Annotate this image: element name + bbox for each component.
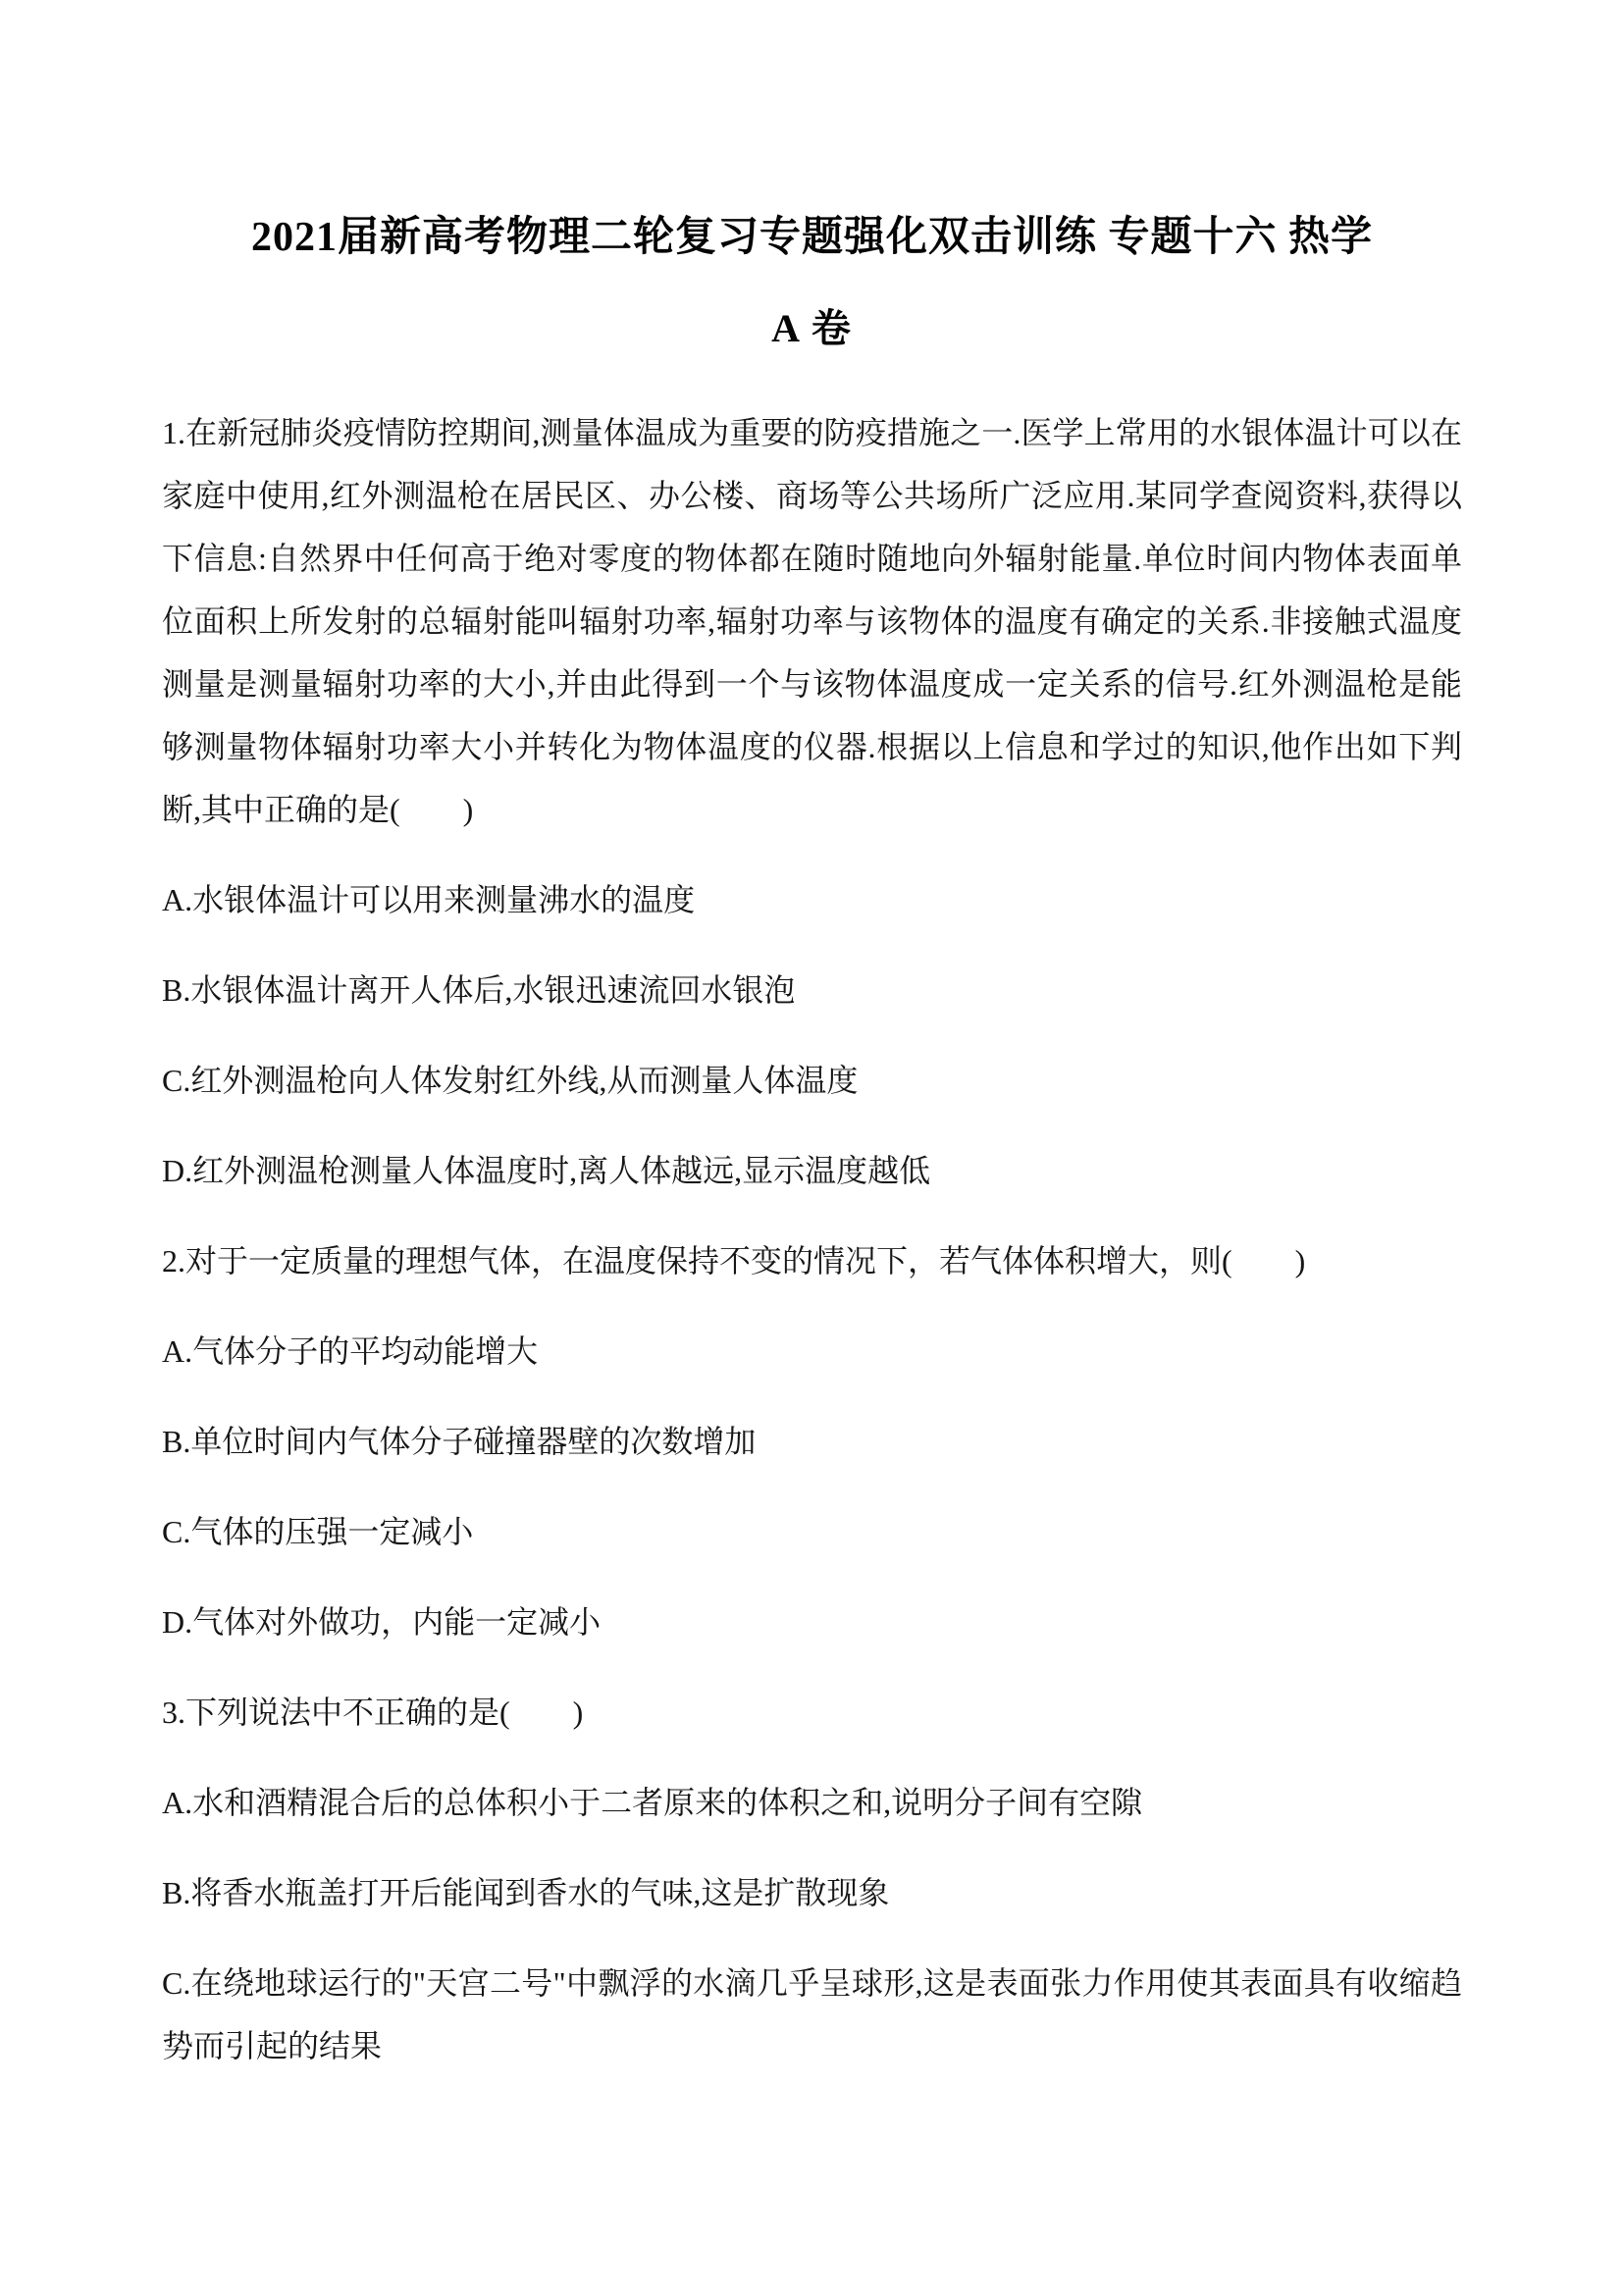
exam-document-page: 2021届新高考物理二轮复习专题强化双击训练 专题十六 热学 A 卷 1.在新冠…	[0, 0, 1623, 2296]
question-2-option-D: D.气体对外做功，内能一定减小	[162, 1591, 1462, 1653]
question-3-option-A: A.水和酒精混合后的总体积小于二者原来的体积之和,说明分子间有空隙	[162, 1771, 1462, 1834]
question-1-option-A: A.水银体温计可以用来测量沸水的温度	[162, 868, 1462, 931]
question-1-option-B: B.水银体温计离开人体后,水银迅速流回水银泡	[162, 959, 1462, 1021]
question-stem: 2.对于一定质量的理想气体，在温度保持不变的情况下，若气体体积增大，则( )	[162, 1229, 1462, 1292]
question-2-option-B: B.单位时间内气体分子碰撞器壁的次数增加	[162, 1410, 1462, 1473]
questions-container: 1.在新冠肺炎疫情防控期间,测量体温成为重要的防疫措施之一.医学上常用的水银体温…	[162, 401, 1462, 2077]
page-title: 2021届新高考物理二轮复习专题强化双击训练 专题十六 热学	[162, 210, 1462, 265]
question-3-option-C: C.在绕地球运行的"天宫二号"中飘浮的水滴几乎呈球形,这是表面张力作用使其表面具…	[162, 1952, 1462, 2077]
question-block-1: 1.在新冠肺炎疫情防控期间,测量体温成为重要的防疫措施之一.医学上常用的水银体温…	[162, 401, 1462, 1202]
page-subtitle-volume: A 卷	[162, 301, 1462, 356]
question-2-option-A: A.气体分子的平均动能增大	[162, 1320, 1462, 1383]
question-stem: 3.下列说法中不正确的是( )	[162, 1681, 1462, 1744]
question-block-3: 3.下列说法中不正确的是( ) A.水和酒精混合后的总体积小于二者原来的体积之和…	[162, 1681, 1462, 2077]
question-2-option-C: C.气体的压强一定减小	[162, 1500, 1462, 1563]
question-1-option-D: D.红外测温枪测量人体温度时,离人体越远,显示温度越低	[162, 1139, 1462, 1202]
question-3-option-B: B.将香水瓶盖打开后能闻到香水的气味,这是扩散现象	[162, 1861, 1462, 1924]
question-block-2: 2.对于一定质量的理想气体，在温度保持不变的情况下，若气体体积增大，则( ) A…	[162, 1229, 1462, 1653]
question-stem: 1.在新冠肺炎疫情防控期间,测量体温成为重要的防疫措施之一.医学上常用的水银体温…	[162, 401, 1462, 841]
question-1-option-C: C.红外测温枪向人体发射红外线,从而测量人体温度	[162, 1049, 1462, 1112]
